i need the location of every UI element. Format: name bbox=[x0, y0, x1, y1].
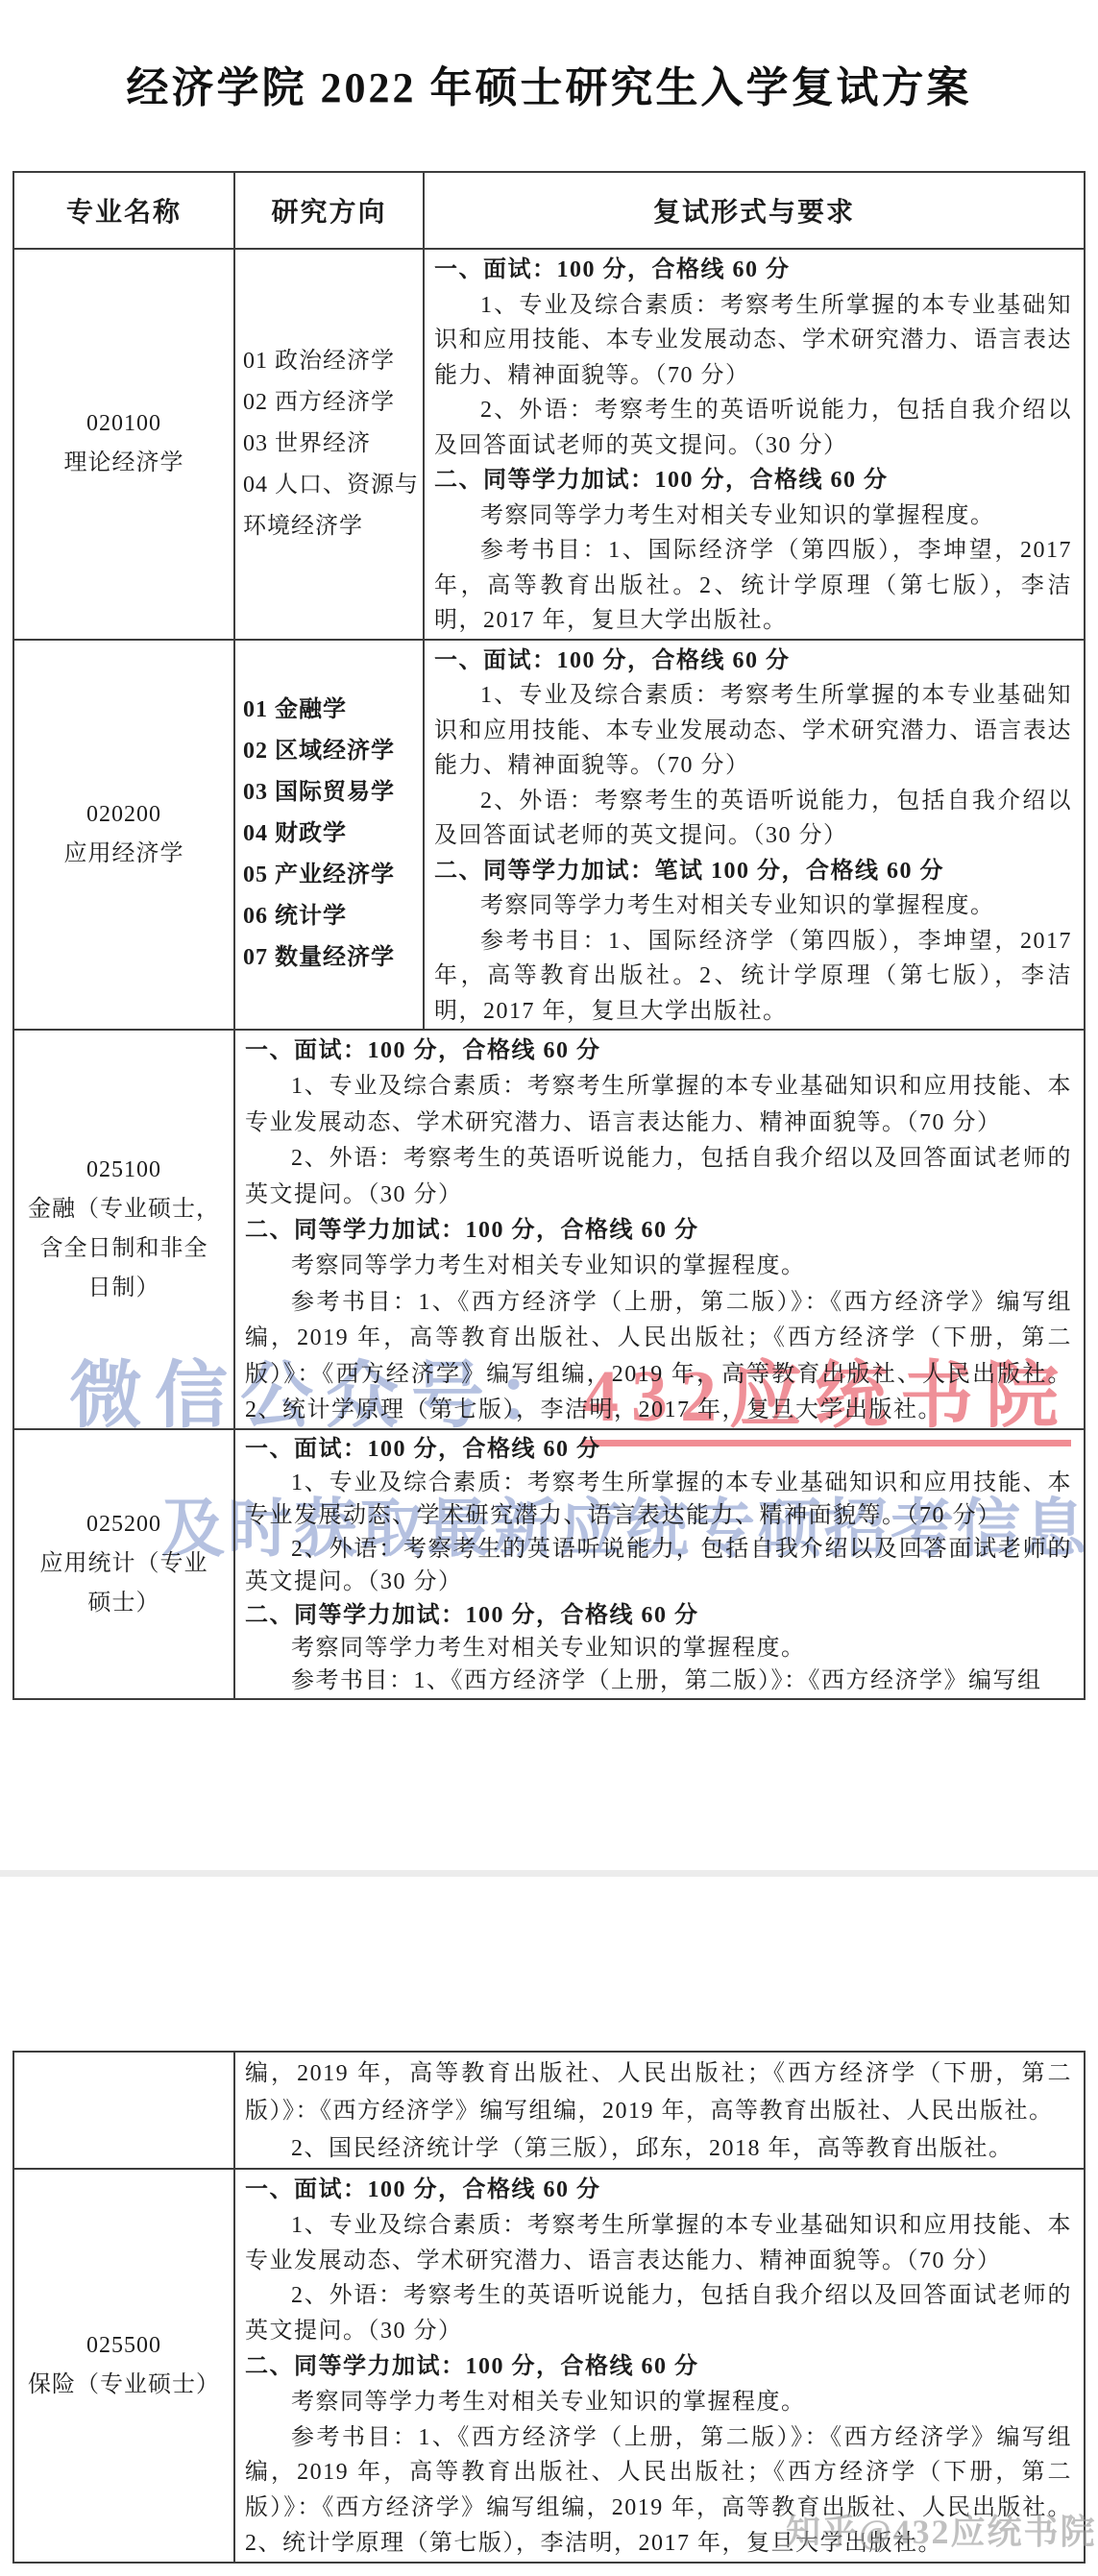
research-direction-item: 04 人口、资源与环境经济学 bbox=[243, 465, 419, 547]
table2-body: 编，2019 年，高等教育出版社、人民出版社；《西方经济学（下册，第二版）》：《… bbox=[13, 2052, 1085, 2563]
table-header: 专业名称研究方向复试形式与要求 bbox=[13, 172, 1085, 249]
requirement-paragraph: 考察同等学力考生对相关专业知识的掌握程度。 bbox=[245, 1632, 1072, 1665]
requirement-paragraph: 考察同等学力考生对相关专业知识的掌握程度。 bbox=[434, 888, 1072, 924]
major-name-line: 025100 bbox=[14, 1151, 233, 1190]
major-name-line: 含全日制和非全 bbox=[14, 1229, 233, 1269]
requirement-paragraph: 1、专业及综合素质：考察考生所掌握的本专业基础知识和应用技能、本专业发展动态、学… bbox=[434, 678, 1072, 784]
requirements-cell: 一、面试：100 分，合格线 60 分1、专业及综合素质：考察考生所掌握的本专业… bbox=[424, 249, 1085, 640]
requirement-paragraph: 参考书目：1、国际经济学（第四版），李坤望，2017 年，高等教育出版社。2、统… bbox=[434, 924, 1072, 1030]
major-name-line: 025200 bbox=[14, 1505, 233, 1544]
reexam-table-page2: 编，2019 年，高等教育出版社、人民出版社；《西方经济学（下册，第二版）》：《… bbox=[12, 2051, 1086, 2564]
requirement-paragraph: 考察同等学力考生对相关专业知识的掌握程度。 bbox=[245, 2385, 1072, 2420]
requirement-paragraph: 二、同等学力加试：100 分，合格线 60 分 bbox=[245, 2349, 1072, 2385]
table-row: 020100理论经济学01 政治经济学02 西方经济学03 世界经济04 人口、… bbox=[13, 249, 1085, 640]
column-header-3: 复试形式与要求 bbox=[424, 172, 1085, 249]
major-name-line: 应用统计（专业 bbox=[14, 1544, 233, 1584]
page-title: 经济学院 2022 年硕士研究生入学复试方案 bbox=[0, 53, 1098, 114]
major-name-line: 025500 bbox=[14, 2326, 233, 2366]
requirement-paragraph: 一、面试：100 分，合格线 60 分 bbox=[434, 253, 1072, 288]
table-row: 025500保险（专业硕士）一、面试：100 分，合格线 60 分1、专业及综合… bbox=[13, 2169, 1085, 2563]
requirement-paragraph: 二、同等学力加试：100 分，合格线 60 分 bbox=[434, 463, 1072, 498]
research-direction-item: 06 统计学 bbox=[243, 896, 419, 937]
document-page: { "title": "经济学院 2022 年硕士研究生入学复试方案", "wa… bbox=[0, 0, 1098, 2576]
requirement-paragraph: 二、同等学力加试：笔试 100 分，合格线 60 分 bbox=[434, 854, 1072, 889]
research-direction-item: 04 财政学 bbox=[243, 814, 419, 855]
requirement-paragraph: 参考书目：1、国际经济学（第四版），李坤望，2017 年，高等教育出版社。2、统… bbox=[434, 533, 1072, 639]
requirement-paragraph: 2、外语：考察考生的英语听说能力，包括自我介绍以及回答面试老师的英文提问。（30… bbox=[434, 784, 1072, 854]
major-name-cell: 020200应用经济学 bbox=[13, 640, 234, 1031]
requirement-paragraph: 2、国民经济统计学（第三版），邱东，2018 年，高等教育出版社。 bbox=[245, 2130, 1072, 2168]
reexam-table-page1: 专业名称研究方向复试形式与要求 020100理论经济学01 政治经济学02 西方… bbox=[12, 171, 1086, 1700]
requirement-paragraph: 2、外语：考察考生的英语听说能力，包括自我介绍以及回答面试老师的英文提问。（30… bbox=[245, 1141, 1072, 1213]
requirement-paragraph: 一、面试：100 分，合格线 60 分 bbox=[434, 644, 1072, 679]
major-name-line: 日制） bbox=[14, 1269, 233, 1308]
requirement-paragraph: 参考书目：1、《西方经济学（上册，第二版）》：《西方经济学》编写组编，2019 … bbox=[245, 1285, 1072, 1429]
requirement-paragraph: 考察同等学力考生对相关专业知识的掌握程度。 bbox=[434, 498, 1072, 534]
major-name-line: 硕士） bbox=[14, 1584, 233, 1623]
major-name-line: 保险（专业硕士） bbox=[14, 2366, 233, 2405]
research-direction-item: 02 西方经济学 bbox=[243, 382, 419, 424]
requirements-cell: 一、面试：100 分，合格线 60 分1、专业及综合素质：考察考生所掌握的本专业… bbox=[234, 2169, 1085, 2563]
research-direction-item: 01 金融学 bbox=[243, 690, 419, 731]
requirement-paragraph: 2、外语：考察考生的英语听说能力，包括自我介绍以及回答面试老师的英文提问。（30… bbox=[434, 393, 1072, 463]
requirement-paragraph: 一、面试：100 分，合格线 60 分 bbox=[245, 2173, 1072, 2208]
major-name-line: 020100 bbox=[14, 404, 233, 444]
research-direction-item: 03 世界经济 bbox=[243, 424, 419, 465]
major-name-cell: 025100金融（专业硕士，含全日制和非全日制） bbox=[13, 1030, 234, 1429]
major-name-cell: 025200应用统计（专业硕士） bbox=[13, 1429, 234, 1698]
requirement-paragraph: 参考书目：1、《西方经济学（上册，第二版）》：《西方经济学》编写组编，2019 … bbox=[245, 2420, 1072, 2562]
requirement-paragraph: 1、专业及综合素质：考察考生所掌握的本专业基础知识和应用技能、本专业发展动态、学… bbox=[434, 288, 1072, 394]
requirement-paragraph: 二、同等学力加试：100 分，合格线 60 分 bbox=[245, 1213, 1072, 1249]
research-directions-cell: 01 金融学02 区域经济学03 国际贸易学04 财政学05 产业经济学06 统… bbox=[234, 640, 424, 1031]
requirement-paragraph: 参考书目：1、《西方经济学（上册，第二版）》：《西方经济学》编写组 bbox=[245, 1665, 1072, 1697]
research-direction-item: 03 国际贸易学 bbox=[243, 772, 419, 814]
table1-body: 020100理论经济学01 政治经济学02 西方经济学03 世界经济04 人口、… bbox=[13, 249, 1085, 1699]
research-directions-cell: 01 政治经济学02 西方经济学03 世界经济04 人口、资源与环境经济学 bbox=[234, 249, 424, 640]
requirement-paragraph: 编，2019 年，高等教育出版社、人民出版社；《西方经济学（下册，第二版）》：《… bbox=[245, 2055, 1072, 2130]
major-name-cell bbox=[13, 2052, 234, 2169]
requirements-cell: 一、面试：100 分，合格线 60 分1、专业及综合素质：考察考生所掌握的本专业… bbox=[234, 1429, 1085, 1698]
major-name-cell: 020100理论经济学 bbox=[13, 249, 234, 640]
table-row: 020200应用经济学01 金融学02 区域经济学03 国际贸易学04 财政学0… bbox=[13, 640, 1085, 1031]
requirements-cell: 一、面试：100 分，合格线 60 分1、专业及综合素质：考察考生所掌握的本专业… bbox=[234, 1030, 1085, 1429]
requirements-cell: 一、面试：100 分，合格线 60 分1、专业及综合素质：考察考生所掌握的本专业… bbox=[424, 640, 1085, 1031]
requirement-paragraph: 1、专业及综合素质：考察考生所掌握的本专业基础知识和应用技能、本专业发展动态、学… bbox=[245, 2208, 1072, 2279]
requirement-paragraph: 一、面试：100 分，合格线 60 分 bbox=[245, 1433, 1072, 1466]
table-row: 025100金融（专业硕士，含全日制和非全日制）一、面试：100 分，合格线 6… bbox=[13, 1030, 1085, 1429]
major-name-line: 金融（专业硕士， bbox=[14, 1190, 233, 1229]
major-name-cell: 025500保险（专业硕士） bbox=[13, 2169, 234, 2563]
major-name-line: 020200 bbox=[14, 795, 233, 835]
research-direction-item: 07 数量经济学 bbox=[243, 937, 419, 979]
header-row: 专业名称研究方向复试形式与要求 bbox=[13, 172, 1085, 249]
table-row: 编，2019 年，高等教育出版社、人民出版社；《西方经济学（下册，第二版）》：《… bbox=[13, 2052, 1085, 2169]
column-header-1: 专业名称 bbox=[13, 172, 234, 249]
research-direction-item: 01 政治经济学 bbox=[243, 341, 419, 382]
major-name-line: 理论经济学 bbox=[14, 444, 233, 483]
requirement-paragraph: 1、专业及综合素质：考察考生所掌握的本专业基础知识和应用技能、本专业发展动态、学… bbox=[245, 1467, 1072, 1533]
requirement-paragraph: 2、外语：考察考生的英语听说能力，包括自我介绍以及回答面试老师的英文提问。（30… bbox=[245, 2278, 1072, 2349]
major-name-line: 应用经济学 bbox=[14, 835, 233, 874]
requirement-paragraph: 一、面试：100 分，合格线 60 分 bbox=[245, 1033, 1072, 1069]
table-row: 025200应用统计（专业硕士）一、面试：100 分，合格线 60 分1、专业及… bbox=[13, 1429, 1085, 1698]
research-direction-item: 02 区域经济学 bbox=[243, 731, 419, 772]
page-break-separator bbox=[0, 1870, 1098, 1877]
research-direction-item: 05 产业经济学 bbox=[243, 855, 419, 896]
column-header-2: 研究方向 bbox=[234, 172, 424, 249]
requirement-paragraph: 考察同等学力考生对相关专业知识的掌握程度。 bbox=[245, 1249, 1072, 1284]
requirement-paragraph: 2、外语：考察考生的英语听说能力，包括自我介绍以及回答面试老师的英文提问。（30… bbox=[245, 1533, 1072, 1599]
requirement-paragraph: 二、同等学力加试：100 分，合格线 60 分 bbox=[245, 1599, 1072, 1632]
requirements-cell: 编，2019 年，高等教育出版社、人民出版社；《西方经济学（下册，第二版）》：《… bbox=[234, 2052, 1085, 2169]
requirement-paragraph: 1、专业及综合素质：考察考生所掌握的本专业基础知识和应用技能、本专业发展动态、学… bbox=[245, 1069, 1072, 1141]
